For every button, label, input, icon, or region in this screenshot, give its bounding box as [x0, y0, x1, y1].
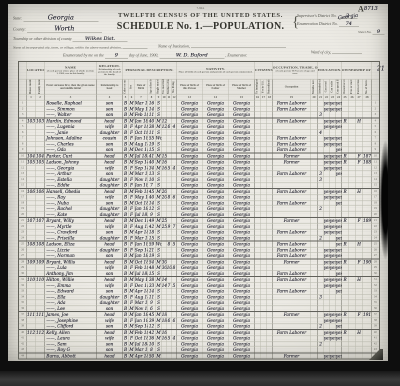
cell-rd: yes	[324, 124, 330, 130]
cell-dob: Jul 1889	[135, 341, 148, 347]
cell-m: M	[156, 353, 162, 359]
sub-header: Occupation	[273, 79, 311, 95]
cell-s: M	[129, 277, 135, 283]
cell-rd: yes	[324, 194, 330, 200]
cell-dob: Jan 1855	[135, 312, 148, 318]
cell-dob: Aug 1888	[135, 294, 148, 300]
cell-m: M	[156, 165, 162, 171]
sub-header: Free or mortgaged	[349, 79, 356, 95]
film-defect-blob	[379, 140, 388, 260]
cell-age: 50	[148, 353, 156, 359]
cell-wr: yes	[330, 118, 336, 124]
cell-dob: Dec 1850	[135, 218, 148, 224]
cell-en: yes	[336, 312, 342, 318]
cell-s: M	[129, 100, 135, 106]
cell-en: yes	[336, 224, 342, 230]
cell-dob: Jul 1884	[135, 271, 148, 277]
census-table: LOCATION.NAMEof each person whose place …	[18, 61, 380, 360]
cell-en: yes	[336, 159, 342, 165]
cell-en: yes	[336, 141, 342, 147]
sheet-field: Sheet No. 9	[297, 29, 385, 35]
cell-s: M	[129, 353, 135, 359]
enumerated-day: 9	[115, 53, 118, 59]
cell-dob: Jun 1892	[135, 182, 148, 188]
cell-wr: yes	[330, 100, 336, 106]
column-group-occupation-trade-or-profession: OCCUPATION, TRADE, OR PROFESSIONof each …	[273, 62, 318, 80]
cell-rd: yes	[324, 329, 330, 335]
cell-m: M	[156, 224, 162, 230]
sub-header: Place of birth of Mother	[229, 79, 255, 95]
column-group-personal-description-: PERSONAL DESCRIPTION.	[123, 62, 177, 80]
column-group-ownership-of-home-: OWNERSHIP OF HOME.	[342, 62, 372, 80]
enumeration-district-label: Enumeration District No.	[297, 22, 338, 27]
cell-en: yes	[336, 106, 342, 112]
cell-rd: yes	[324, 141, 330, 147]
county-label: County:	[13, 27, 26, 32]
cell-rd: yes	[324, 283, 330, 289]
cell-en: yes	[336, 153, 342, 159]
cell-fn: 111	[36, 312, 45, 318]
cell-occ: Farm Laborer	[273, 141, 311, 147]
cell-mne	[311, 353, 318, 359]
cell-m: M	[156, 318, 162, 324]
cell-rd: yes	[324, 218, 330, 224]
cell-s: M	[129, 271, 135, 277]
cell-dob: Aug 1857	[135, 224, 148, 230]
cell-ym: 25	[162, 224, 167, 230]
cell-s: M	[129, 312, 135, 318]
cell-ym: 16	[162, 165, 167, 171]
cell-dob: Oct 1863	[135, 335, 148, 341]
page-header: 7-924. TWELFTH CENSUS OF THE UNITED STAT…	[103, 7, 298, 32]
cell-rel: daughter	[97, 206, 123, 212]
cell-or	[342, 353, 349, 359]
sub-header: Place of birth of Father	[203, 79, 229, 95]
cell-ym: 16	[162, 329, 167, 335]
cell-fn: 110	[36, 277, 45, 283]
cell-dob: Sep 1878	[135, 247, 148, 253]
cell-occ: Farm Laborer	[273, 329, 311, 335]
cell-m: M	[156, 312, 162, 318]
cell-en: yes	[336, 124, 342, 130]
cell-m: M	[156, 335, 162, 341]
cell-hn: 110	[27, 277, 36, 283]
cell-ym: 30	[162, 265, 167, 271]
cell-m: Wd	[156, 241, 162, 247]
cell-occ: Farm Laborer	[273, 188, 311, 194]
cell-dob: Oct 1888	[135, 130, 148, 136]
cell-ym: 20	[162, 188, 167, 194]
cell-rd: yes	[324, 259, 330, 265]
sub-header	[19, 79, 27, 95]
cell-rd: yes	[324, 188, 330, 194]
cell-hn: 104	[27, 153, 36, 159]
cell-s: M	[129, 347, 135, 353]
cell-en: yes	[336, 171, 342, 177]
cell-s: M	[129, 288, 135, 294]
cell-hn: 103	[27, 118, 36, 124]
cell-dob: Jan 1888	[135, 206, 148, 212]
cell-fm	[349, 353, 356, 359]
film-edge-band	[0, 371, 400, 386]
cell-dob: Oct 1885	[135, 200, 148, 206]
cell-en: yes	[336, 100, 342, 106]
brace-glyph: {	[292, 13, 299, 30]
cell-hn: 105	[27, 159, 36, 165]
cell-rel: daughter	[97, 130, 123, 136]
cell-rel: daughter	[97, 212, 123, 218]
sub-header: Age at last birthday	[148, 79, 156, 95]
cell-wr: yes	[330, 224, 336, 230]
cell-dob: Sep 1859	[135, 159, 148, 165]
cell-s: M	[129, 106, 135, 112]
cell-rel: daughter	[97, 300, 123, 306]
cell-fn: 108	[36, 241, 45, 247]
column-group-location-: LOCATION.	[27, 62, 45, 80]
cell-dob: Mar 1887	[135, 171, 148, 177]
cell-fsn: 190	[363, 259, 372, 265]
cell-dob: Feb 1855	[135, 188, 148, 194]
cell-rd: yes	[324, 247, 330, 253]
cell-wr: yes	[330, 159, 336, 165]
cell-dob: Jun 1840	[135, 241, 148, 247]
cell-wr: yes	[330, 165, 336, 171]
cell-rel: daughter	[97, 294, 123, 300]
cell-en: yes	[336, 318, 342, 324]
cell-ym: 14	[162, 277, 167, 283]
cell-wr: yes	[330, 283, 336, 289]
census-page: State: Georgia County: Worth Township or…	[8, 4, 388, 361]
enumerated-suffix: , Enumerator.	[225, 53, 247, 58]
cell-wr: yes	[330, 247, 336, 253]
sub-header: Family number	[36, 79, 45, 95]
cell-s: M	[129, 188, 135, 194]
cell-dob: Dec 1884	[135, 147, 148, 153]
cell-occ: Farm Laborer	[273, 247, 311, 253]
cell-en: yes	[336, 135, 342, 141]
cell-wr: yes	[330, 318, 336, 324]
cell-hn: 109	[27, 259, 36, 265]
column-group-education-: EDUCATION.	[318, 62, 342, 80]
cell-m: M	[156, 159, 162, 165]
cell-s: M	[129, 259, 135, 265]
cell-hn: 106	[27, 188, 36, 194]
cell-dob: Mar 1884	[135, 100, 148, 106]
cell-wr: yes	[330, 194, 336, 200]
cell-occ: Farm Laborer	[273, 229, 311, 235]
cell-en: yes	[336, 288, 342, 294]
cell-rd: yes	[324, 335, 330, 341]
cell-m: M	[156, 329, 162, 335]
cell-rd: yes	[324, 106, 330, 112]
cell-occ: Farm Laborer	[273, 106, 311, 112]
column-group-name: NAMEof each person whose place of abode …	[45, 62, 97, 80]
column-group-nativity-: NATIVITY.Place of birth of each person a…	[177, 62, 255, 80]
cell-en: yes	[336, 200, 342, 206]
cell-en: yes	[336, 188, 342, 194]
cell-ym: 25	[162, 218, 167, 224]
microfilm-background: State: Georgia County: Worth Township or…	[0, 0, 400, 386]
cell-wr: yes	[330, 277, 336, 283]
cell-rel: daughter	[97, 247, 123, 253]
enumerated-prefix: Enumerated by me on the	[63, 53, 104, 58]
cell-wr: yes	[330, 353, 336, 359]
cell-dob: Sep 1887	[135, 323, 148, 329]
cell-rd: yes	[324, 277, 330, 283]
enumerator-signature: W. D. Buford	[176, 53, 208, 59]
cell-s: M	[129, 329, 135, 335]
cell-rd: yes	[324, 224, 330, 230]
cell-s: M	[129, 159, 135, 165]
cell-fn: 105	[36, 159, 45, 165]
cell-en: yes	[336, 277, 342, 283]
township-value: Wilkes Dist.	[85, 36, 115, 42]
cell-rd: yes	[324, 265, 330, 271]
cell-ln: 44	[19, 353, 27, 359]
cell-hn: 108	[27, 241, 36, 247]
cell-fn: 109	[36, 259, 45, 265]
page-corner-fold	[368, 349, 383, 360]
sub-header: Farm or house	[356, 79, 363, 95]
cell-en: yes	[336, 194, 342, 200]
cell-en: yes	[336, 147, 342, 153]
cell-wr: yes	[330, 135, 336, 141]
cell-rd: yes	[324, 100, 330, 106]
schedule-title: SCHEDULE No. 1.—POPULATION.	[103, 21, 298, 33]
cell-s: M	[129, 147, 135, 153]
page-title: TWELFTH CENSUS OF THE UNITED STATES.	[103, 11, 298, 19]
cell-fn: 106	[36, 188, 45, 194]
cell-en: yes	[336, 335, 342, 341]
cell-fsn: 189	[363, 218, 372, 224]
cell-mbp: Georgia	[229, 353, 255, 359]
cell-wr: yes	[330, 229, 336, 235]
cell-m: M	[156, 124, 162, 130]
cell-occ: Farm Laborer	[273, 100, 311, 106]
cell-dob: Dec 1866	[135, 283, 148, 289]
cell-fbp: Georgia	[203, 353, 229, 359]
ward-field: Ward of city,	[311, 50, 362, 55]
cell-rd: yes	[324, 253, 330, 259]
cell-rd: yes	[324, 353, 330, 359]
cell-wr: yes	[330, 124, 336, 130]
sub-header: Owned or rented	[342, 79, 349, 95]
form-number: 7-924.	[103, 7, 298, 10]
cell-s: M	[129, 229, 135, 235]
sub-header: Enter surname first, then the given name…	[45, 79, 97, 95]
cell-dob: Jan 1860	[135, 118, 148, 124]
cell-ym: 18	[162, 318, 167, 324]
cell-dob: Feb 1858	[135, 329, 148, 335]
cell-m: M	[156, 283, 162, 289]
cell-fn: 107	[36, 218, 45, 224]
incorporated-label: Name of incorporated city, town, or vill…	[13, 46, 122, 50]
column-group-margin	[19, 62, 27, 80]
cell-dob: Jul 1890	[135, 212, 148, 218]
cell-fn: 104	[36, 153, 45, 159]
cell-dob: May 1860	[135, 194, 148, 200]
cell-m: Wd	[156, 135, 162, 141]
cell-wr: yes	[330, 312, 336, 318]
cell-s: M	[129, 112, 135, 118]
cell-rel: daughter	[97, 235, 123, 241]
cell-en: yes	[336, 235, 342, 241]
supervisor-district-label: Supervisor's District No.	[297, 14, 337, 19]
cell-dob: Feb 1852	[135, 265, 148, 271]
cell-dob: Feb 1889	[135, 112, 148, 118]
cell-s: M	[129, 218, 135, 224]
cell-s: M	[129, 141, 135, 147]
cell-dob: Apr 1862	[135, 124, 148, 130]
cell-fh	[356, 353, 363, 359]
institution-field: Name of Institution,	[158, 44, 286, 49]
cell-occ: Farm Laborer	[273, 200, 311, 206]
cell-m: M	[156, 259, 162, 265]
cell-dob: Mar 1891	[135, 300, 148, 306]
cell-m: M	[156, 188, 162, 194]
cell-wr: yes	[330, 218, 336, 224]
sub-header: Relationship to head	[97, 79, 123, 95]
cell-m: M	[156, 118, 162, 124]
cell-fn: 112	[36, 329, 45, 335]
township-field: Township or other division of county Wil…	[13, 36, 183, 42]
township-label: Township or other division of county	[13, 37, 72, 42]
cell-en: yes	[336, 218, 342, 224]
cell-wr: yes	[330, 141, 336, 147]
sub-header: House number	[27, 79, 36, 95]
cell-rd: yes	[324, 118, 330, 124]
cell-en: yes	[336, 329, 342, 335]
cell-dob: Jun 1860	[135, 318, 148, 324]
county-value: Worth	[54, 25, 74, 33]
cell-ym: 18	[162, 312, 167, 318]
cell-ym: 12	[162, 124, 167, 130]
cell-dob: Jul 1858	[135, 153, 148, 159]
cell-fsn: 191	[363, 312, 372, 318]
cell-rd: yes	[324, 229, 330, 235]
cell-en: yes	[336, 259, 342, 265]
cell-dob: Nov 1893	[135, 306, 148, 312]
cell-dob: Apr 1886	[135, 288, 148, 294]
state-value: Georgia	[48, 14, 74, 22]
cell-dob: Jun 1845	[135, 135, 148, 141]
cell-hn: 111	[27, 312, 36, 318]
cell-ym: 12	[162, 118, 167, 124]
cell-occ: Farm Laborer	[273, 271, 311, 277]
cell-rel: daughter	[97, 177, 123, 183]
ward-label: Ward of city,	[311, 50, 331, 55]
cell-s: M	[129, 253, 135, 259]
cell-en: yes	[336, 323, 342, 329]
cell-wr: yes	[330, 259, 336, 265]
cell-s: M	[129, 306, 135, 312]
cell-dob: May 1886	[135, 106, 148, 112]
cell-rel: daughter	[97, 182, 123, 188]
cell-dob: Aug 1880	[135, 141, 148, 147]
cell-hn: 107	[27, 218, 36, 224]
cell-s: M	[129, 153, 135, 159]
cell-dob: Sep 1865	[135, 165, 148, 171]
cell-dob: May 1862	[135, 277, 148, 283]
cell-en: yes	[336, 271, 342, 277]
cell-en: yes	[336, 241, 342, 247]
sheet-label: Sheet No.	[358, 30, 371, 34]
cell-s: M	[129, 323, 135, 329]
cell-s: M	[129, 118, 135, 124]
column-group-relation-: RELATION.Relationship of each person to …	[97, 62, 123, 80]
cell-s: M	[129, 200, 135, 206]
cell-bp: Georgia	[177, 353, 203, 359]
enumerated-mid: day of June, 1900,	[129, 53, 158, 58]
cell-ym: 20	[162, 194, 167, 200]
cell-mc: 10	[167, 265, 172, 271]
cell-m: M	[156, 194, 162, 200]
cell-en: yes	[336, 283, 342, 289]
cell-s: M	[129, 171, 135, 177]
cell-rd: yes	[324, 159, 330, 165]
column-group-margin	[372, 62, 380, 80]
cell-rd: yes	[324, 318, 330, 324]
cell-occ: Farm Laborer	[273, 135, 311, 141]
cell-occ: Farm Laborer	[273, 253, 311, 259]
column-group-citizenship-: CITIZENSHIP.	[255, 62, 273, 80]
cell-ym: 30	[162, 259, 167, 265]
sub-header: Date of Birth	[135, 79, 148, 95]
cell-ym: 16	[162, 335, 167, 341]
cell-rd: yes	[324, 312, 330, 318]
sub-header	[372, 79, 380, 95]
cell-m: M	[156, 218, 162, 224]
cell-ym: 14	[162, 283, 167, 289]
cell-occ: Farm Laborer	[273, 171, 311, 177]
cell-wr: yes	[330, 265, 336, 271]
table-row: 44Burns, AbbottheadBMApr 185050MGeorgiaG…	[19, 353, 380, 359]
cell-m: M	[156, 265, 162, 271]
cell-wr: yes	[330, 253, 336, 259]
cell-rel: head	[97, 353, 123, 359]
cell-s: M	[129, 341, 135, 347]
cell-occ: Farm Laborer	[273, 147, 311, 153]
cell-fn	[36, 353, 45, 359]
institution-label: Name of Institution,	[158, 44, 190, 49]
cell-dob: Apr 1850	[135, 353, 148, 359]
cell-rd: yes	[324, 165, 330, 171]
cell-dob: Oct 1845	[135, 259, 148, 265]
sheet-value: 9	[377, 29, 380, 35]
cell-rd: yes	[324, 153, 330, 159]
page-letter-block: A8713	[358, 5, 378, 14]
cell-rd: yes	[324, 135, 330, 141]
cell-occ: Farm Laborer	[273, 277, 311, 283]
cell-dob: Mar 1885	[135, 235, 148, 241]
cell-en: yes	[336, 229, 342, 235]
state-label: State:	[13, 16, 22, 21]
cell-dob: Nov 1889	[135, 177, 148, 183]
page-number-handwritten: 8713	[364, 5, 378, 12]
cell-wr: yes	[330, 335, 336, 341]
cell-hn	[27, 353, 36, 359]
cell-occ: Farm Laborer	[273, 118, 311, 124]
cell-en: yes	[336, 247, 342, 253]
sub-header: Place of birth of this Person	[177, 79, 203, 95]
cell-hn: 112	[27, 329, 36, 335]
cell-wr: yes	[330, 153, 336, 159]
cell-wr: yes	[330, 188, 336, 194]
cell-name: Burns, Abbott	[45, 353, 97, 359]
cell-fsn: 187	[363, 153, 372, 159]
cell-occ: Farm Laborer	[273, 288, 311, 294]
cell-m: M	[156, 153, 162, 159]
